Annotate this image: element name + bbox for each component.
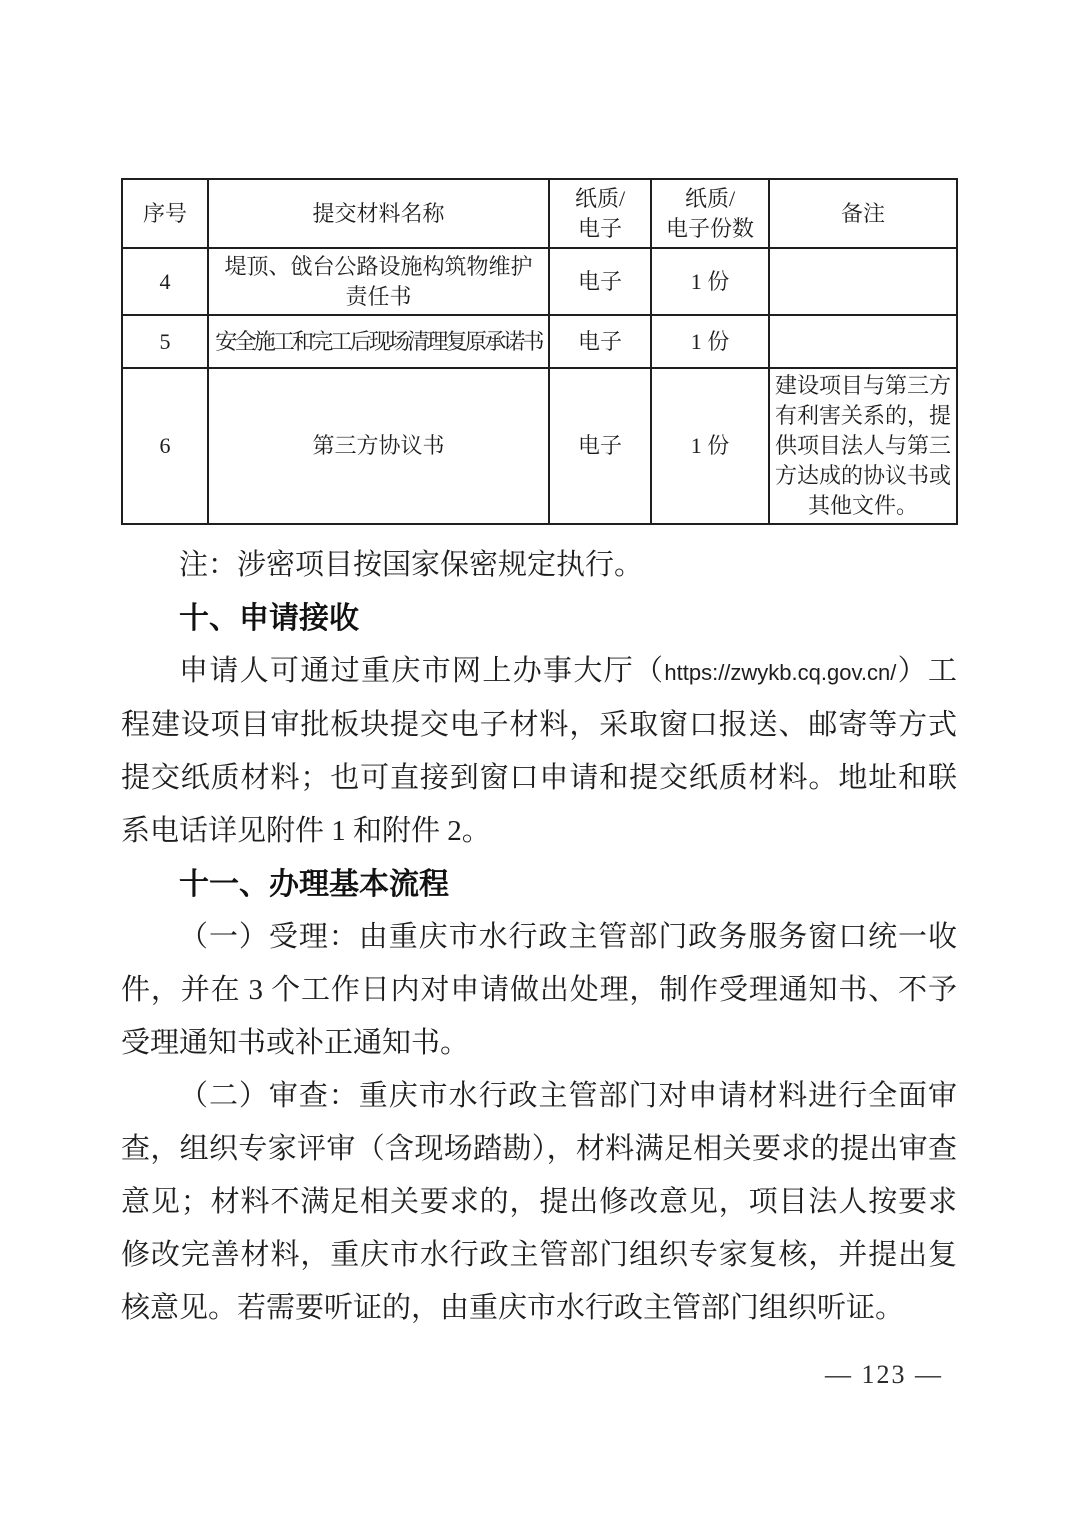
header-cell-medium: 纸质/ 电子: [549, 179, 651, 248]
header-cell-material-name: 提交材料名称: [208, 179, 549, 248]
body-text: 注：涉密项目按国家保密规定执行。 十、申请接收 申请人可通过重庆市网上办事大厅（…: [121, 539, 957, 1335]
row6-remark: 建设项目与第三方有利害关系的，提供项目法人与第三方达成的协议书或其他文件。: [769, 368, 957, 524]
section-11-paragraph-2: （二）审查：重庆市水行政主管部门对申请材料进行全面审查，组织专家评审（含现场踏勘…: [121, 1070, 957, 1335]
section-11-paragraph-1: （一）受理：由重庆市水行政主管部门政务服务窗口统一收件，并在 3 个工作日内对申…: [121, 911, 957, 1070]
table-row: 5 安全施工和完工后现场清理复原承诺书 电子 1 份: [122, 315, 957, 368]
row5-medium: 电子: [549, 315, 651, 368]
row5-material-name: 安全施工和完工后现场清理复原承诺书: [208, 315, 549, 368]
row4-remark: [769, 248, 957, 315]
document-content: 序号 提交材料名称 纸质/ 电子 纸质/ 电子份数 备注 4 堤顶、戗台公路设施…: [121, 178, 957, 1335]
row4-copies: 1 份: [651, 248, 769, 315]
row6-material-name: 第三方协议书: [208, 368, 549, 524]
document-page: 序号 提交材料名称 纸质/ 电子 纸质/ 电子份数 备注 4 堤顶、戗台公路设施…: [0, 0, 1075, 1519]
table-row: 6 第三方协议书 电子 1 份 建设项目与第三方有利害关系的，提供项目法人与第三…: [122, 368, 957, 524]
header-cell-copies: 纸质/ 电子份数: [651, 179, 769, 248]
materials-table: 序号 提交材料名称 纸质/ 电子 纸质/ 电子份数 备注 4 堤顶、戗台公路设施…: [121, 178, 958, 525]
header-cell-remark: 备注: [769, 179, 957, 248]
row6-copies: 1 份: [651, 368, 769, 524]
row5-remark: [769, 315, 957, 368]
row6-medium: 电子: [549, 368, 651, 524]
paragraph-text-before-url: 申请人可通过重庆市网上办事大厅（: [179, 655, 664, 687]
row4-medium: 电子: [549, 248, 651, 315]
row5-copies: 1 份: [651, 315, 769, 368]
portal-url: https://zwykb.cq.gov.cn/: [664, 660, 896, 685]
row5-no: 5: [122, 315, 208, 368]
row4-no: 4: [122, 248, 208, 315]
section-10-heading: 十、申请接收: [121, 592, 957, 645]
row4-material-name: 堤顶、戗台公路设施构筑物维护 责任书: [208, 248, 549, 315]
page-number: — 123 —: [825, 1360, 943, 1390]
table-row: 4 堤顶、戗台公路设施构筑物维护 责任书 电子 1 份: [122, 248, 957, 315]
header-cell-no: 序号: [122, 179, 208, 248]
section-11-heading: 十一、办理基本流程: [121, 858, 957, 911]
confidentiality-note: 注：涉密项目按国家保密规定执行。: [121, 539, 957, 592]
row6-no: 6: [122, 368, 208, 524]
table-header-row: 序号 提交材料名称 纸质/ 电子 纸质/ 电子份数 备注: [122, 179, 957, 248]
section-10-paragraph: 申请人可通过重庆市网上办事大厅（https://zwykb.cq.gov.cn/…: [121, 645, 957, 858]
